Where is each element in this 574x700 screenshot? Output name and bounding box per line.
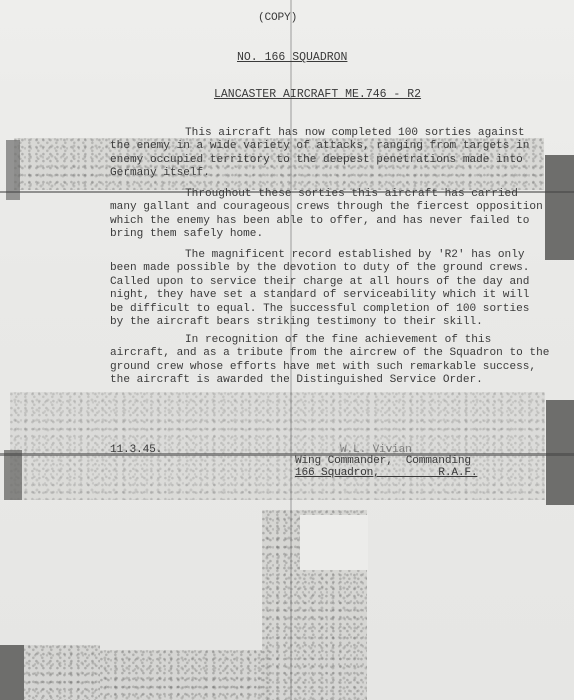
paragraph-3: The magnificent record established by 'R… <box>110 249 510 329</box>
paragraph-line: be difficult to equal. The successful co… <box>110 303 510 316</box>
paragraph-line: night, they have set a standard of servi… <box>110 289 510 302</box>
document-date: 11.3.45. <box>110 444 162 457</box>
dark-edge-left-middle <box>4 450 22 500</box>
paragraph-2: Throughout these sorties this aircraft h… <box>110 188 510 242</box>
paragraph-4: In recognition of the fine achievement o… <box>110 334 510 388</box>
tape-stain-middle <box>10 392 545 500</box>
tape-stain-lower-center <box>100 650 270 700</box>
paragraph-line: the enemy in a wide variety of attacks, … <box>110 140 510 153</box>
squadron-heading: NO. 166 SQUADRON <box>237 51 347 64</box>
signature-unit: 166 Squadron, R.A.F. <box>295 467 477 480</box>
paragraph-line: Germany itself. <box>110 167 510 180</box>
scanned-document-page: (COPY) NO. 166 SQUADRON LANCASTER AIRCRA… <box>0 0 574 700</box>
paragraph-line: enemy occupied territory to the deepest … <box>110 154 510 167</box>
paragraph-line: This aircraft has now completed 100 sort… <box>110 127 510 140</box>
paragraph-line: bring them safely home. <box>110 228 510 241</box>
paragraph-line: many gallant and courageous crews throug… <box>110 201 510 214</box>
paragraph-line: Throughout these sorties this aircraft h… <box>110 188 510 201</box>
paragraph-line: The magnificent record established by 'R… <box>110 249 510 262</box>
copy-mark: (COPY) <box>258 12 297 25</box>
paragraph-line: which the enemy has been able to offer, … <box>110 215 510 228</box>
dark-edge-left-lower <box>0 645 24 700</box>
paragraph-line: In recognition of the fine achievement o… <box>110 334 510 347</box>
paragraph-line: Called upon to service their charge at a… <box>110 276 510 289</box>
paragraph-1: This aircraft has now completed 100 sort… <box>110 127 510 181</box>
paper-patch <box>300 515 368 570</box>
paragraph-line: by the aircraft bears striking testimony… <box>110 316 510 329</box>
paragraph-line: been made possible by the devotion to du… <box>110 262 510 275</box>
paragraph-line: the aircraft is awarded the Distinguishe… <box>110 374 510 387</box>
fold-line-lower <box>0 453 574 456</box>
paragraph-line: aircraft, and as a tribute from the airc… <box>110 347 510 360</box>
paragraph-line: ground crew whose efforts have met with … <box>110 361 510 374</box>
aircraft-heading: LANCASTER AIRCRAFT ME.746 - R2 <box>214 88 421 101</box>
dark-edge-right-upper <box>545 155 574 260</box>
